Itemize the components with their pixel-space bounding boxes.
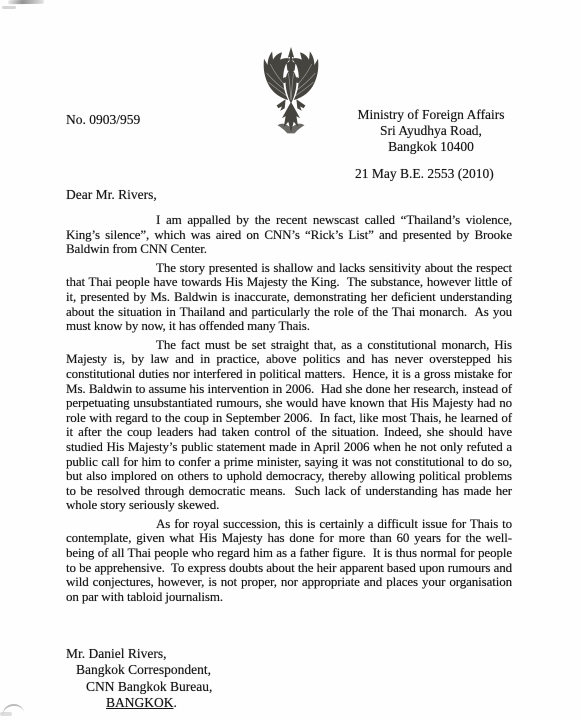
recipient-city: BANGKOK [106,695,174,710]
recipient-title: Bangkok Correspondent, [66,662,212,678]
salutation: Dear Mr. Rivers, [66,187,157,203]
recipient-address-block: Mr. Daniel Rivers, Bangkok Correspondent… [66,646,212,712]
sender-address-line-1: Ministry of Foreign Affairs [348,107,514,123]
recipient-city-period: . [174,695,177,710]
scan-smudge-top-left [8,0,44,4]
scan-smudge-top-left-2 [2,6,16,9]
paragraph-4: As for royal succession, this is certain… [66,517,512,605]
letter-date: 21 May B.E. 2553 (2010) [355,166,494,182]
scan-mark-bottom-left-2 [0,712,12,716]
garuda-emblem-icon [246,46,336,138]
sender-address-line-3: Bangkok 10400 [348,139,514,155]
recipient-name: Mr. Daniel Rivers, [66,646,212,662]
recipient-city-line: BANGKOK. [66,695,212,711]
sender-address-block: Ministry of Foreign Affairs Sri Ayudhya … [348,107,514,155]
recipient-bureau: CNN Bangkok Bureau, [66,679,212,695]
scanned-letter-page: No. 0903/959 Ministry of Foreign Affairs… [0,0,581,720]
paragraph-3: The fact must be set straight that, as a… [66,338,512,513]
sender-address-line-2: Sri Ayudhya Road, [348,123,514,139]
letter-body: I am appalled by the recent newscast cal… [66,213,512,608]
paragraph-2: The story presented is shallow and lacks… [66,261,512,334]
reference-number: No. 0903/959 [66,112,140,128]
scan-mark-bottom-left [1,703,24,718]
paragraph-1: I am appalled by the recent newscast cal… [66,213,512,257]
